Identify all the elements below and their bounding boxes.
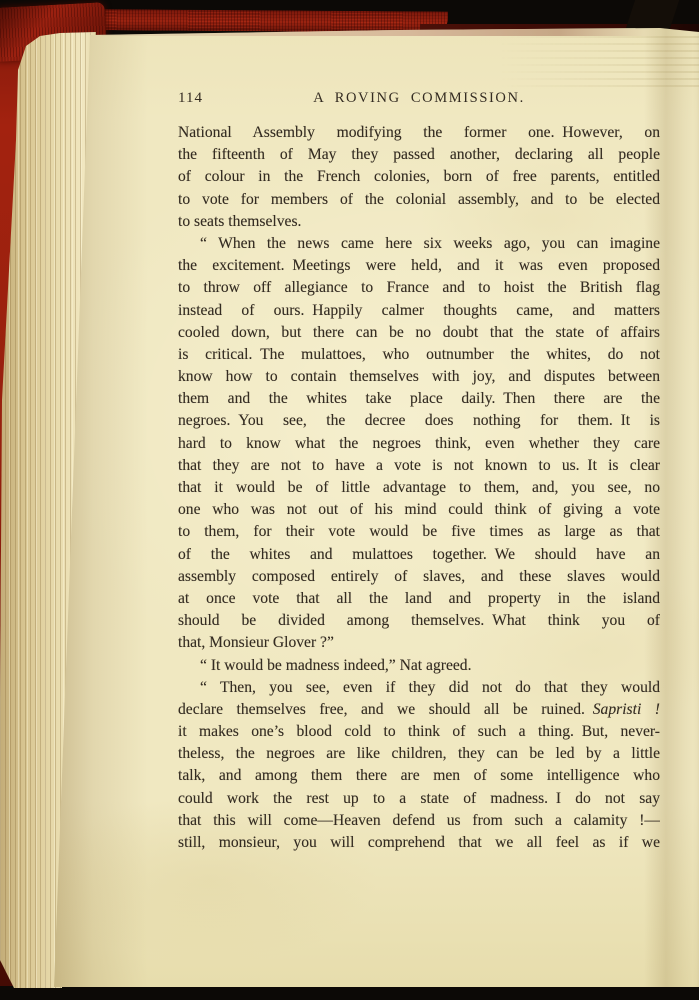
page-header: 114 A ROVING COMMISSION.: [178, 90, 660, 110]
text-line: it makes one’s blood cold to think of su…: [178, 721, 660, 743]
text-line: still, monsieur, you will comprehend tha…: [178, 832, 660, 854]
text-line: to vote for members of the colonial asse…: [178, 189, 660, 211]
text-line: to seats themselves.: [178, 211, 660, 233]
book-photo: 114 A ROVING COMMISSION. National Assemb…: [0, 0, 699, 1000]
text-line: them and the whites take place daily. Th…: [178, 388, 660, 410]
text-line: know how to contain themselves with joy,…: [178, 366, 660, 388]
text-line: that, Monsieur Glover ?”: [178, 632, 660, 654]
text-line: assembly composed entirely of slaves, an…: [178, 566, 660, 588]
page-text: National Assembly modifying the former o…: [178, 122, 660, 854]
paragraph: “ Then, you see, even if they did not do…: [178, 677, 660, 855]
text-line: should be divided among themselves. What…: [178, 610, 660, 632]
text-line: to them, for their vote would be five ti…: [178, 521, 660, 543]
printed-text-block: 114 A ROVING COMMISSION. National Assemb…: [178, 90, 660, 854]
paragraph: “ When the news came here six weeks ago,…: [178, 233, 660, 655]
text-line: theless, the negroes are like children, …: [178, 743, 660, 765]
text-line: to throw off allegiance to France and to…: [178, 277, 660, 299]
text-line: “ When the news came here six weeks ago,…: [178, 233, 660, 255]
text-line: of the whites and mulattoes together. We…: [178, 544, 660, 566]
paragraph: “ It would be madness indeed,” Nat agree…: [178, 655, 660, 677]
text-line: negroes. You see, the decree does nothin…: [178, 410, 660, 432]
text-line: “ It would be madness indeed,” Nat agree…: [178, 655, 660, 677]
text-line: “ Then, you see, even if they did not do…: [178, 677, 660, 699]
text-line: one who was not out of his mind could th…: [178, 499, 660, 521]
running-title: A ROVING COMMISSION.: [178, 90, 660, 107]
text-line: the fifteenth of May they passed another…: [178, 144, 660, 166]
page-number: 114: [178, 90, 203, 107]
text-line: National Assembly modifying the former o…: [178, 122, 660, 144]
paragraph: National Assembly modifying the former o…: [178, 122, 660, 233]
text-line: could work the rest up to a state of mad…: [178, 788, 660, 810]
text-line: talk, and among them there are men of so…: [178, 765, 660, 787]
text-line: hard to know what the negroes think, eve…: [178, 433, 660, 455]
text-line: that they are not to have a vote is not …: [178, 455, 660, 477]
text-line: at once vote that all the land and prope…: [178, 588, 660, 610]
text-line: is critical. The mulattoes, who outnumbe…: [178, 344, 660, 366]
text-line: cooled down, but there can be no doubt t…: [178, 322, 660, 344]
text-line: declare themselves free, and we should a…: [178, 699, 660, 721]
text-line: instead of ours. Happily calmer thoughts…: [178, 300, 660, 322]
text-line: of colour in the French colonies, born o…: [178, 166, 660, 188]
text-line: that it would be of little advantage to …: [178, 477, 660, 499]
text-line: the excitement. Meetings were held, and …: [178, 255, 660, 277]
text-line: that this will come—Heaven defend us fro…: [178, 810, 660, 832]
